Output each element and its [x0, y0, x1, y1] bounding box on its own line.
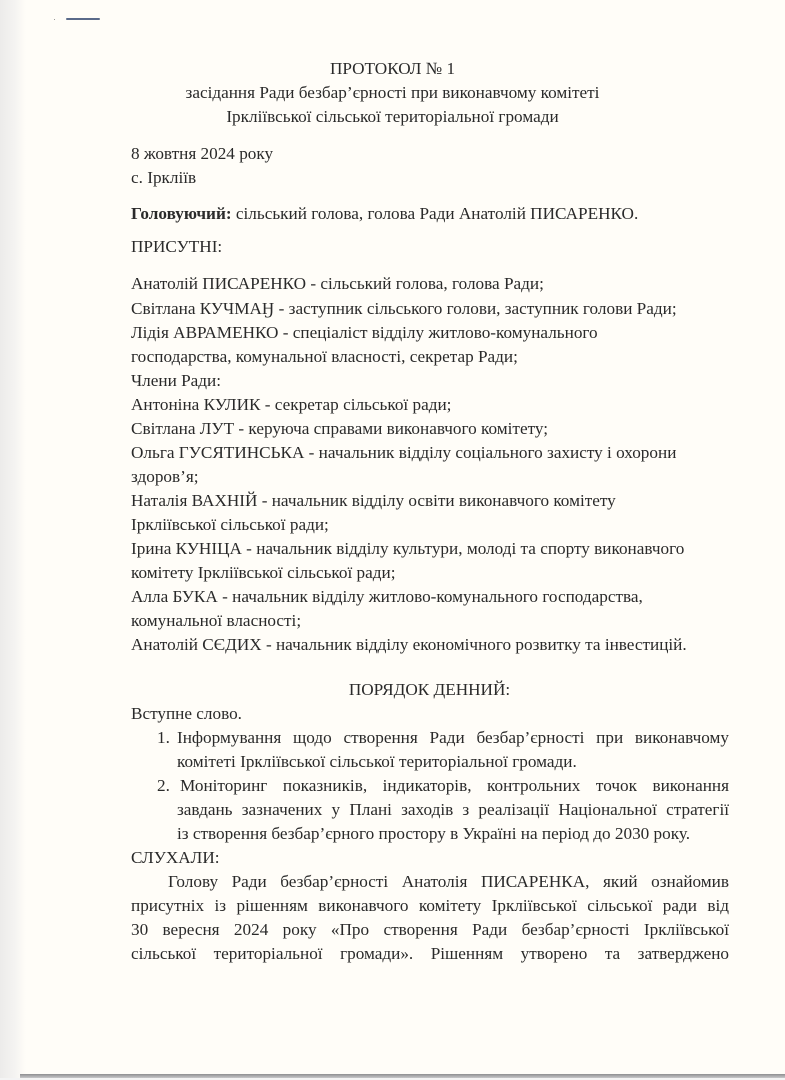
agenda-heading: ПОРЯДОК ДЕННИЙ:: [37, 679, 785, 701]
scan-edge-shadow: [0, 0, 26, 1080]
present-line: комітету Ірклiївської сільської ради;: [131, 562, 396, 584]
present-line: Світлана КУЧМАӇ - заступник сільського г…: [131, 298, 677, 320]
present-line: здоров’я;: [131, 466, 199, 488]
meeting-place: с. Ірклiїв: [131, 167, 196, 189]
present-line: Ірина КУНІЦА - начальник відділу культур…: [131, 538, 684, 560]
agenda-item-line: Інформування щодо створення Ради безбар’…: [177, 727, 729, 749]
document-subtitle-line2: Ірклiївської сільської територіальної гр…: [0, 106, 785, 128]
present-line: Лідія АВРАМЕНКО - спеціаліст відділу жит…: [131, 322, 598, 344]
document-subtitle-line1: засідання Ради безбар’єрності при викона…: [0, 82, 785, 104]
agenda-item-line: Моніторинг показників, індикаторів, конт…: [180, 775, 729, 797]
scan-artifact-dot: [54, 19, 55, 20]
chair-label: Головуючий:: [131, 204, 232, 223]
agenda-item-line: із створення безбар’єрного простору в Ук…: [177, 823, 690, 845]
chair-line: Головуючий: сільський голова, голова Рад…: [131, 203, 638, 225]
present-heading: ПРИСУТНІ:: [131, 236, 222, 258]
document-page: ПРОТОКОЛ № 1 засідання Ради безбар’єрнос…: [0, 0, 785, 1080]
agenda-intro: Вступне слово.: [131, 703, 242, 725]
chair-text: сільський голова, голова Ради Анатолій П…: [232, 204, 639, 223]
heard-paragraph-line: сільської територіальної громади». Рішен…: [131, 943, 729, 965]
heard-paragraph-line: присутніх із рішенням виконавчого коміте…: [131, 895, 729, 917]
scan-artifact-mark: [66, 18, 100, 20]
present-line: Антоніна КУЛИК - секретар сільської ради…: [131, 394, 451, 416]
meeting-date: 8 жовтня 2024 року: [131, 143, 273, 165]
heard-heading: СЛУХАЛИ:: [131, 847, 220, 869]
present-line: Анатолій СЄДИХ - начальник відділу еконо…: [131, 634, 687, 656]
present-line: Ольга ГУСЯТИНСЬКА - начальник відділу со…: [131, 442, 676, 464]
present-line: Ірклiївської сільської ради;: [131, 514, 329, 536]
present-line: господарства, комунальної власності, сек…: [131, 346, 518, 368]
agenda-item-number: 1.: [157, 727, 170, 749]
present-line: Алла БУКА - начальник відділу житлово-ко…: [131, 586, 643, 608]
present-line: Анатолій ПИСАРЕНКО - сільський голова, г…: [131, 273, 544, 295]
present-line: комунальної власності;: [131, 610, 301, 632]
present-line: Світлана ЛУТ - керуюча справами виконавч…: [131, 418, 548, 440]
agenda-item-number: 2.: [157, 775, 170, 797]
agenda-item-line: завдань зазначених у Плані заходів з реа…: [177, 799, 729, 821]
document-title: ПРОТОКОЛ № 1: [0, 58, 785, 80]
agenda-item-line: комітеті Ірклiївської сільської територі…: [177, 751, 577, 773]
heard-paragraph-line: 30 вересня 2024 року «Про створення Ради…: [131, 919, 729, 941]
heard-paragraph-line: Голову Ради безбар’єрності Анатолія ПИСА…: [168, 871, 729, 893]
present-line: Члени Ради:: [131, 370, 221, 392]
present-line: Наталія ВАХНІЙ - начальник відділу освіт…: [131, 490, 616, 512]
